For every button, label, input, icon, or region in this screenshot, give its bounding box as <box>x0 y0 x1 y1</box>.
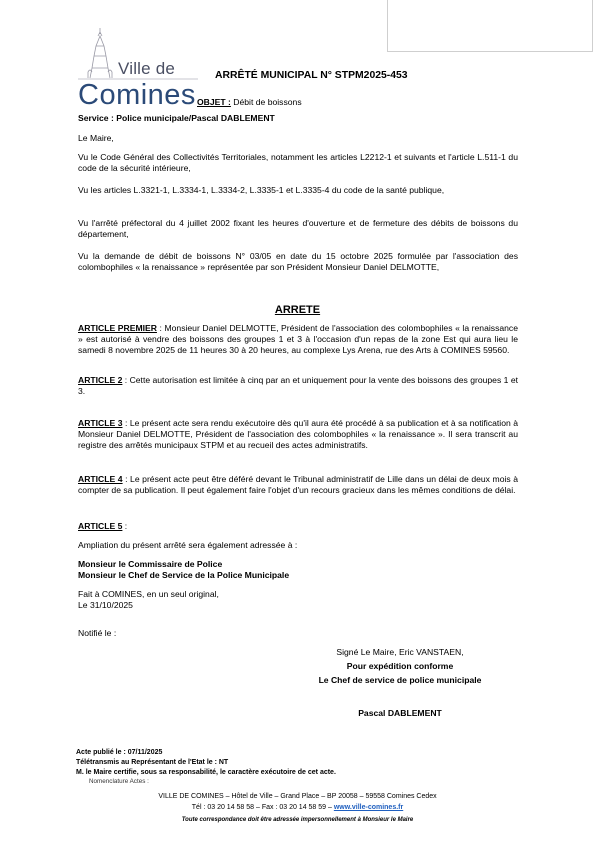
objet-line: OBJET : Débit de boissons <box>197 97 302 107</box>
article-text: : Le présent acte sera rendu exécutoire … <box>78 418 518 450</box>
logo: Ville de Comines <box>78 26 198 112</box>
article-3: ARTICLE 3 : Le présent acte sera rendu e… <box>78 418 518 452</box>
objet-value: Débit de boissons <box>233 97 301 107</box>
footer-address: VILLE DE COMINES – Hôtel de Ville – Gran… <box>0 792 595 803</box>
vu-paragraph: Vu le Code Général des Collectivités Ter… <box>78 152 518 174</box>
signature-line: Signé Le Maire, Eric VANSTAEN, <box>290 646 510 660</box>
footer-teletransmis: Télétransmis au Représentant de l'Etat l… <box>76 758 228 768</box>
le-maire: Le Maire, <box>78 133 518 144</box>
website-link[interactable]: www.ville-comines.fr <box>334 804 403 811</box>
article-label: ARTICLE PREMIER <box>78 323 157 333</box>
signature-line: Pour expédition conforme <box>290 660 510 674</box>
document-title: ARRÊTÉ MUNICIPAL N° STPM2025-453 <box>215 70 408 81</box>
signature-line: Le Chef de service de police municipale <box>290 674 510 688</box>
footer-contact: Tél : 03 20 14 58 58 – Fax : 03 20 14 58… <box>0 803 595 814</box>
article-label: ARTICLE 4 <box>78 474 123 484</box>
footer-certify: M. le Maire certifie, sous sa responsabi… <box>76 768 336 778</box>
service-line: Service : Police municipale/Pascal DABLE… <box>78 113 518 124</box>
footer-nomenclature: Nomenclature Actes : <box>89 778 149 785</box>
stamp-box <box>387 0 593 52</box>
arrete-heading: ARRETE <box>0 304 595 316</box>
fait-a: Fait à COMINES, en un seul original, <box>78 589 518 600</box>
logo-comines-text: Comines <box>78 79 196 112</box>
vu-paragraph: Vu l'arrêté préfectoral du 4 juillet 200… <box>78 218 518 240</box>
article-label: ARTICLE 2 <box>78 375 122 385</box>
article-text: : <box>122 521 127 531</box>
article-label: ARTICLE 5 <box>78 521 122 531</box>
date: Le 31/10/2025 <box>78 600 518 611</box>
recipient: Monsieur le Chef de Service de la Police… <box>78 570 518 581</box>
vu-paragraph: Vu la demande de débit de boissons N° 03… <box>78 251 518 273</box>
logo-ville-text: Ville de <box>118 59 175 79</box>
article-4: ARTICLE 4 : Le présent acte peut être dé… <box>78 474 518 496</box>
footer-published: Acte publié le : 07/11/2025 <box>76 748 162 758</box>
notifie: Notifié le : <box>78 628 518 639</box>
ampliation: Ampliation du présent arrêté sera égalem… <box>78 540 518 551</box>
signature-name: Pascal DABLEMENT <box>290 707 510 721</box>
article-2: ARTICLE 2 : Cette autorisation est limit… <box>78 375 518 397</box>
article-text: : Le présent acte peut être déféré devan… <box>78 474 518 495</box>
objet-label: OBJET : <box>197 97 231 107</box>
article-text: : Cette autorisation est limitée à cinq … <box>78 375 518 396</box>
article-label: ARTICLE 3 <box>78 418 123 428</box>
vu-paragraph: Vu les articles L.3321-1, L.3334-1, L.33… <box>78 185 518 196</box>
recipient: Monsieur le Commissaire de Police <box>78 559 518 570</box>
article-5: ARTICLE 5 : <box>78 521 518 532</box>
article-1: ARTICLE PREMIER : Monsieur Daniel DELMOT… <box>78 323 518 357</box>
footer-phone: Tél : 03 20 14 58 58 – Fax : 03 20 14 58… <box>192 804 334 811</box>
footer-note: Toute correspondance doit être adressée … <box>0 815 595 826</box>
